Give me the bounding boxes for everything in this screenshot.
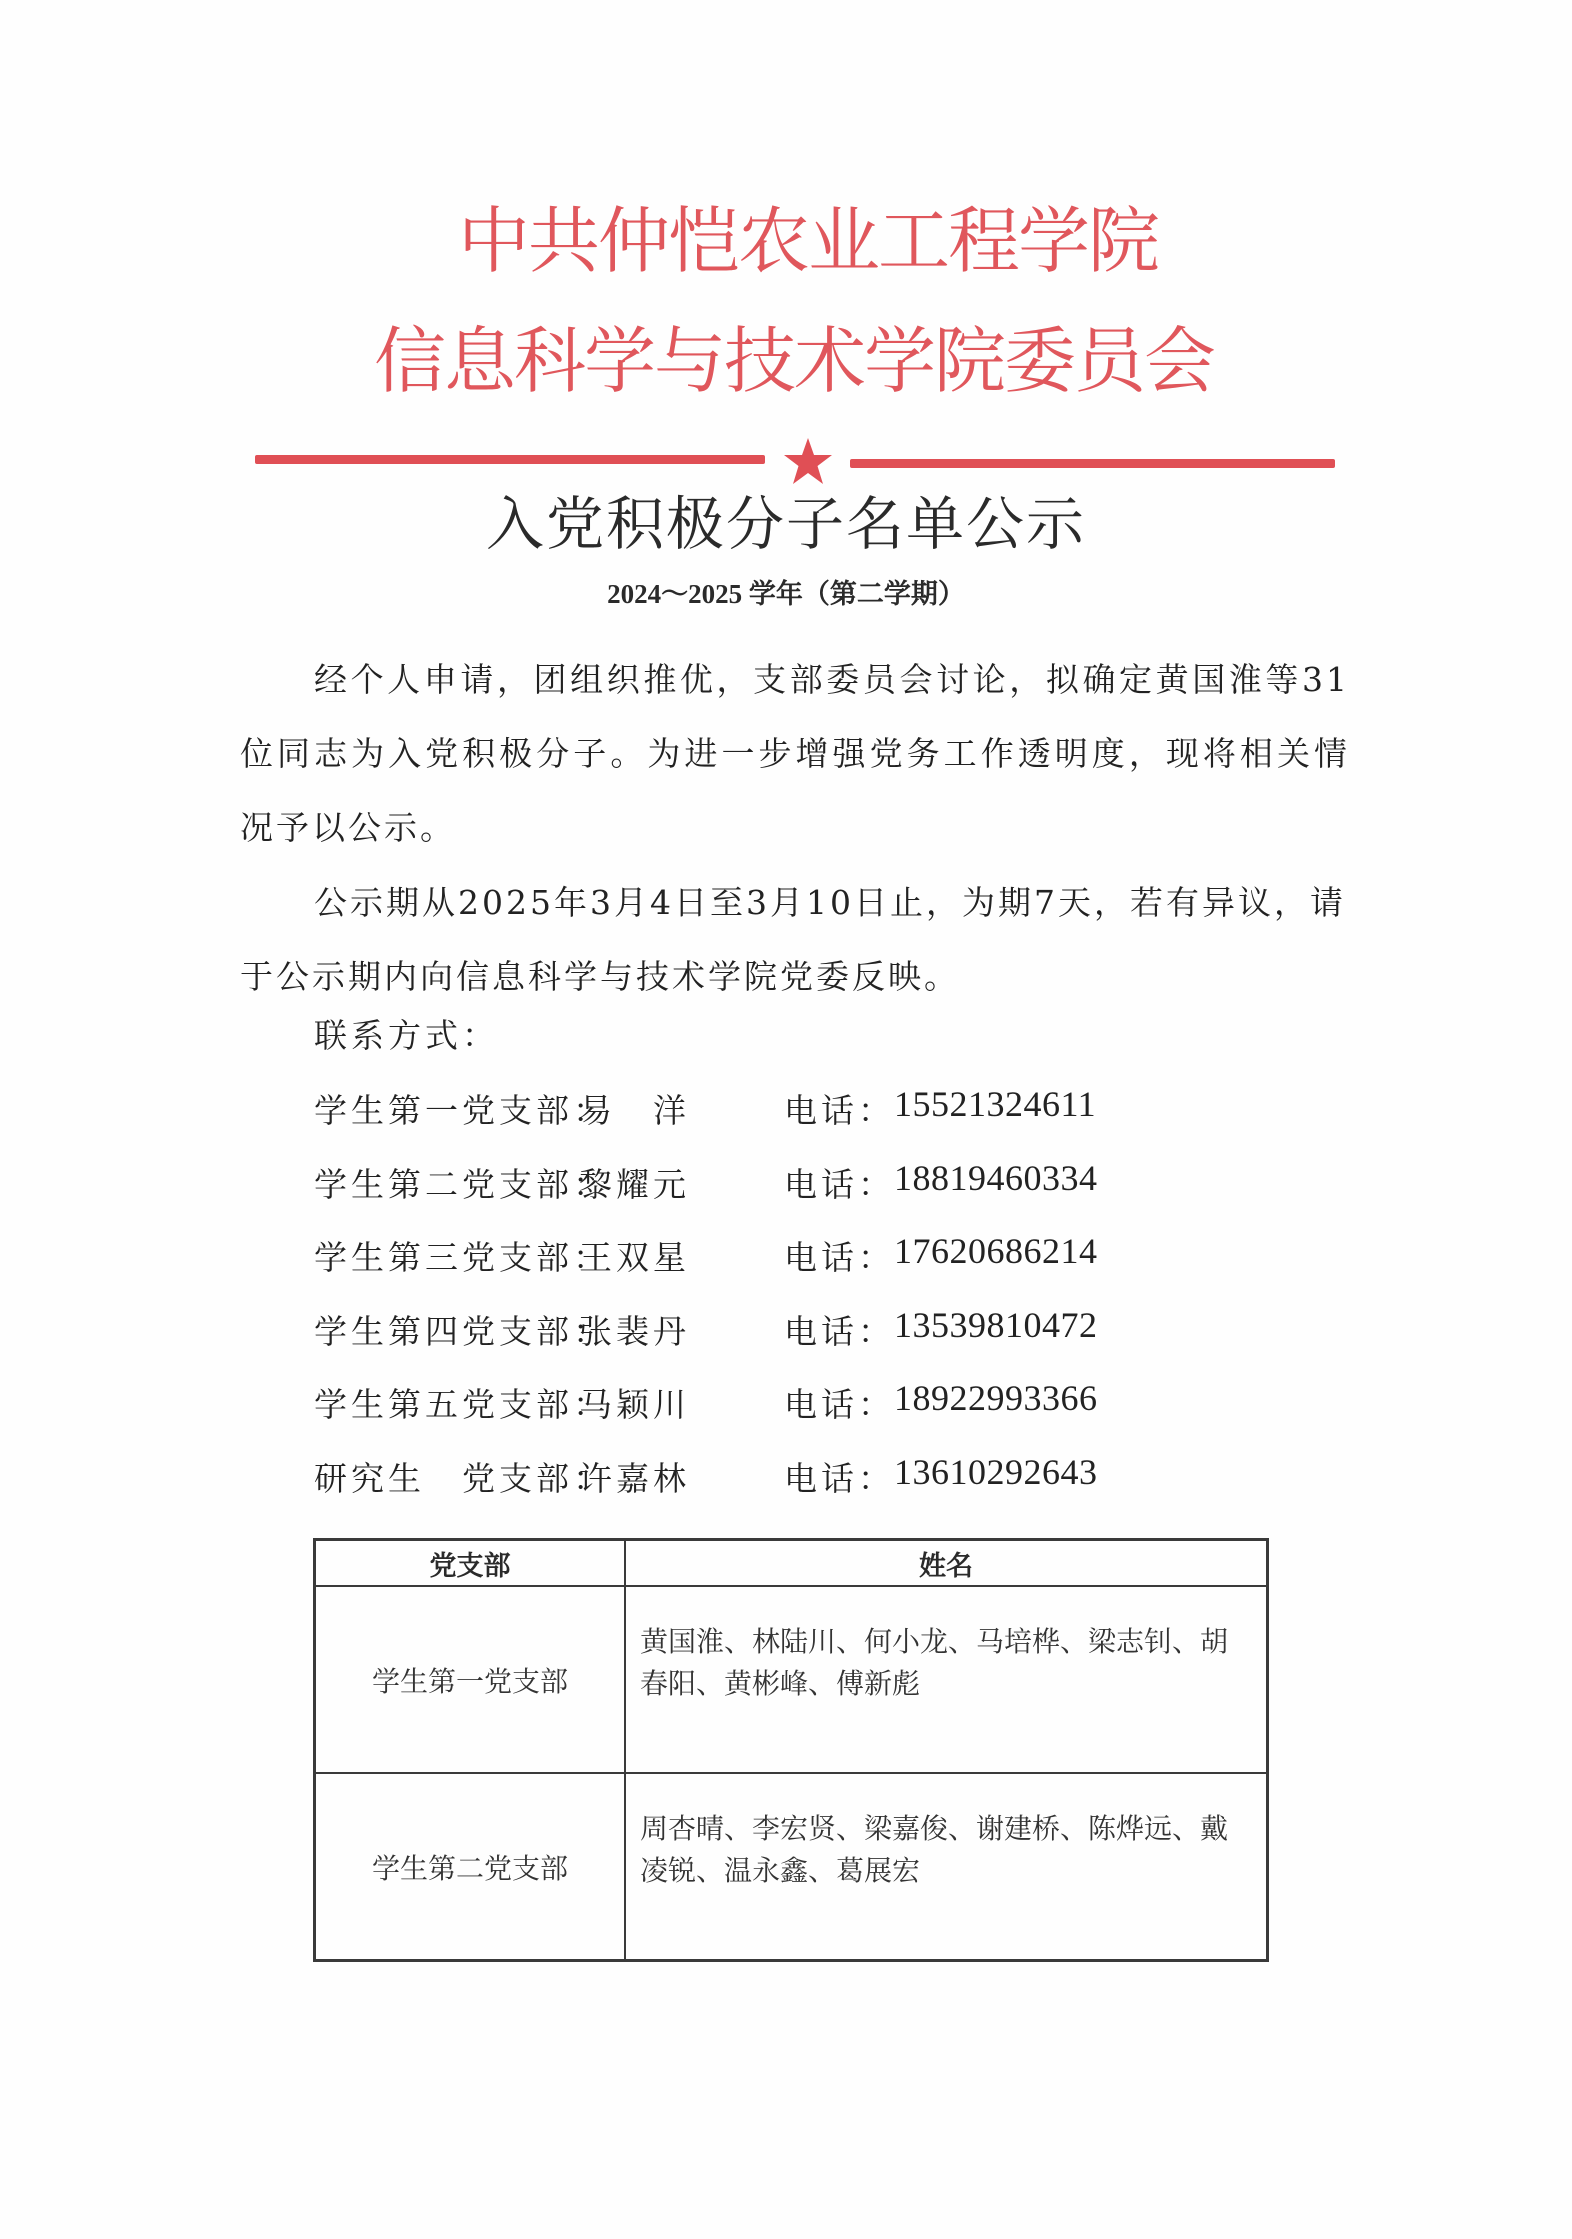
contact-branch: 学生第五党支部： <box>314 1379 610 1426</box>
phone-label: 电话： <box>784 1379 895 1426</box>
document-subtitle: 2024～2025 学年（第二学期） <box>0 572 1572 611</box>
names-cell: 黄国淮、林陆川、何小龙、马培桦、梁志钊、胡春阳、黄彬峰、傅新彪 <box>625 1586 1268 1773</box>
contact-label: 联系方式： <box>314 1010 499 1057</box>
column-header-branch: 党支部 <box>315 1540 626 1587</box>
contact-person: 马颖川 <box>579 1379 690 1426</box>
letterhead-rule-left <box>255 455 765 464</box>
notice-period-paragraph: 公示期从2025年3月4日至3月10日止，为期7天，若有异议，请于公示期内向信息… <box>240 866 1350 1014</box>
notice-period-text: 公示期从2025年3月4日至3月10日止，为期7天，若有异议，请于公示期内向信息… <box>240 883 1346 996</box>
phone-number: 18819460334 <box>894 1157 1098 1199</box>
contact-person: 易 洋 <box>579 1085 690 1132</box>
intro-paragraph: 经个人申请，团组织推优，支部委员会讨论，拟确定黄国淮等31位同志为入党积极分子。… <box>240 643 1350 865</box>
intro-paragraph-text: 经个人申请，团组织推优，支部委员会讨论，拟确定黄国淮等31位同志为入党积极分子。… <box>240 660 1350 847</box>
phone-label: 电话： <box>784 1306 895 1353</box>
table-header-row: 党支部 姓名 <box>315 1540 1268 1587</box>
contact-branch: 学生第三党支部： <box>314 1232 610 1279</box>
names-text: 周杏晴、李宏贤、梁嘉俊、谢建桥、陈烨远、戴凌锐、温永鑫、葛展宏 <box>640 1808 1254 1926</box>
table-row: 学生第二党支部 周杏晴、李宏贤、梁嘉俊、谢建桥、陈烨远、戴凌锐、温永鑫、葛展宏 <box>315 1773 1268 1961</box>
document-page: 中共仲恺农业工程学院 信息科学与技术学院委员会 入党积极分子名单公示 2024～… <box>0 0 1572 2239</box>
phone-number: 17620686214 <box>894 1230 1098 1272</box>
contact-person: 张裴丹 <box>579 1306 690 1353</box>
letterhead-rule-right <box>850 459 1335 468</box>
contact-person: 王双星 <box>579 1232 690 1279</box>
phone-number: 15521324611 <box>894 1083 1096 1125</box>
branch-cell: 学生第二党支部 <box>315 1773 626 1961</box>
contact-branch: 研究生 党支部： <box>314 1453 610 1500</box>
names-cell: 周杏晴、李宏贤、梁嘉俊、谢建桥、陈烨远、戴凌锐、温永鑫、葛展宏 <box>625 1773 1268 1961</box>
phone-label: 电话： <box>784 1453 895 1500</box>
table-row: 学生第一党支部 黄国淮、林陆川、何小龙、马培桦、梁志钊、胡春阳、黄彬峰、傅新彪 <box>315 1586 1268 1773</box>
phone-number: 18922993366 <box>894 1377 1098 1419</box>
letterhead-line-1: 中共仲恺农业工程学院 <box>22 205 1572 277</box>
phone-label: 电话： <box>784 1159 895 1206</box>
phone-label: 电话： <box>784 1232 895 1279</box>
contact-branch: 学生第四党支部： <box>314 1306 610 1353</box>
contact-branch: 学生第二党支部： <box>314 1159 610 1206</box>
document-title: 入党积极分子名单公示 <box>0 495 1572 553</box>
phone-label: 电话： <box>784 1085 895 1132</box>
branch-cell: 学生第一党支部 <box>315 1586 626 1773</box>
phone-number: 13539810472 <box>894 1304 1098 1346</box>
phone-number: 13610292643 <box>894 1451 1098 1493</box>
contact-branch: 学生第一党支部： <box>314 1085 610 1132</box>
contact-person: 黎耀元 <box>579 1159 690 1206</box>
member-table: 党支部 姓名 学生第一党支部 黄国淮、林陆川、何小龙、马培桦、梁志钊、胡春阳、黄… <box>313 1538 1269 1962</box>
column-header-names: 姓名 <box>625 1540 1268 1587</box>
contact-person: 许嘉林 <box>579 1453 690 1500</box>
star-icon <box>783 436 833 486</box>
names-text: 黄国淮、林陆川、何小龙、马培桦、梁志钊、胡春阳、黄彬峰、傅新彪 <box>640 1621 1254 1739</box>
letterhead-line-2: 信息科学与技术学院委员会 <box>8 325 1572 397</box>
